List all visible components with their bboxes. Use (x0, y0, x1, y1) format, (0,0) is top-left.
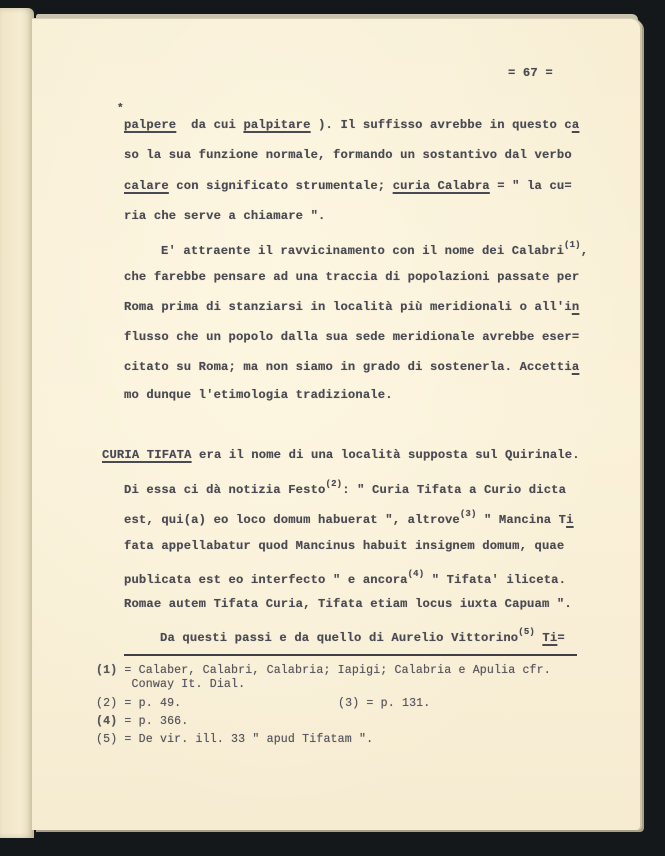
body-line: citato su Roma; ma non siamo in grado di… (124, 360, 579, 374)
body-line: Da questi passi e da quello di Aurelio V… (160, 627, 565, 645)
underlined-term: calare (124, 179, 169, 193)
footnote-1-continuation: Conway It. Dial. (96, 678, 245, 691)
body-line: calare con significato strumentale; curi… (124, 179, 572, 193)
text-run: Da questi passi e da quello di Aurelio V… (160, 631, 518, 645)
footnote-text: = De vir. ill. 33 " apud Tifatam ". (117, 733, 373, 746)
footnote-ref: (3) (460, 509, 477, 519)
body-line: est, qui(a) eo loco domum habuerat ", al… (124, 509, 574, 527)
footnote-1: (1) = Calaber, Calabri, Calabria; Iapigi… (96, 664, 551, 677)
body-line: mo dunque l'etimologia tradizionale. (124, 388, 393, 402)
page-number: = 67 = (508, 66, 553, 80)
footnote-text: = Calaber, Calabri, Calabria; Iapigi; Ca… (117, 664, 551, 677)
body-line: Di essa ci dà notizia Festo(2): " Curia … (124, 479, 566, 497)
body-line: flusso che un popolo dalla sua sede meri… (124, 330, 579, 344)
body-line: E' attraente il ravvicinamento con il no… (161, 240, 588, 258)
text-run: = " la cu= (490, 179, 572, 193)
underlined-syllable: a (572, 360, 579, 374)
underlined-term: curia Calabra (393, 179, 490, 193)
underlined-syllable: n (572, 300, 579, 314)
footnote-text: = p. 366. (117, 715, 188, 728)
body-line: fata appellabatur quod Mancinus habuit i… (124, 539, 564, 553)
underlined-term: palpitare (243, 118, 310, 132)
text-run: da cui (176, 118, 243, 132)
footnote-2: (2) = p. 49. (96, 697, 181, 710)
text-run: era il nome di una località supposta sul… (192, 448, 580, 462)
text-run: publicata est eo interfecto " e ancora (124, 573, 408, 587)
underlined-term: palpere (124, 118, 176, 132)
underlined-syllable: i (566, 513, 573, 527)
text-run: " Tifata' iliceta. (424, 573, 566, 587)
footnote-text: = p. 49. (117, 697, 181, 710)
footnote-ref: (5) (518, 627, 535, 637)
footnote-mark: (5) (96, 733, 117, 746)
text-run: " Mancina T (477, 513, 567, 527)
body-line: che farebbe pensare ad una traccia di po… (124, 270, 579, 284)
text-run: Roma prima di stanziarsi in località più… (124, 300, 572, 314)
body-line: palpere da cui palpitare ). Il suffisso … (124, 118, 579, 132)
footnote-text: = p. 131. (359, 697, 430, 710)
footnote-ref: (1) (564, 240, 581, 250)
footnote-ref: (2) (326, 479, 343, 489)
text-run: est, qui(a) eo loco domum habuerat ", al… (124, 513, 460, 527)
body-line: CURIA TIFATA era il nome di una località… (102, 448, 580, 462)
body-line: so la sua funzione normale, formando un … (124, 148, 572, 162)
text-run: Di essa ci dà notizia Festo (124, 483, 326, 497)
body-line: Romae autem Tifata Curia, Tifata etiam l… (124, 597, 572, 611)
text-run: = (557, 631, 564, 645)
text-run: citato su Roma; ma non siamo in grado di… (124, 360, 572, 374)
text-run: con significato strumentale; (169, 179, 393, 193)
footnote-mark: (1) (96, 664, 117, 677)
text-run: ). Il suffisso avrebbe in questo c (311, 118, 572, 132)
footnote-ref: (4) (408, 569, 425, 579)
footnote-mark: (3) (338, 697, 359, 710)
footnote-mark: (4) (96, 715, 117, 728)
footnote-mark: (2) (96, 697, 117, 710)
footnote-5: (5) = De vir. ill. 33 " apud Tifatam ". (96, 733, 373, 746)
underlined-syllable: a (572, 118, 579, 132)
facing-page-edge (0, 8, 34, 838)
footnote-divider (124, 654, 577, 656)
footnote-4: (4) = p. 366. (96, 715, 188, 728)
text-run: E' attraente il ravvicinamento con il no… (161, 244, 564, 258)
text-run: : " Curia Tifata a Curio dicta (342, 483, 566, 497)
body-line: publicata est eo interfecto " e ancora(4… (124, 569, 566, 587)
asterisk-mark: * (117, 103, 124, 115)
text-run: , (581, 244, 588, 258)
section-term: CURIA TIFATA (102, 448, 192, 462)
footnote-3: (3) = p. 131. (338, 697, 430, 710)
body-line: Roma prima di stanziarsi in località più… (124, 300, 579, 314)
body-line: ria che serve a chiamare ". (124, 209, 326, 223)
underlined-syllable: Ti (542, 631, 557, 645)
